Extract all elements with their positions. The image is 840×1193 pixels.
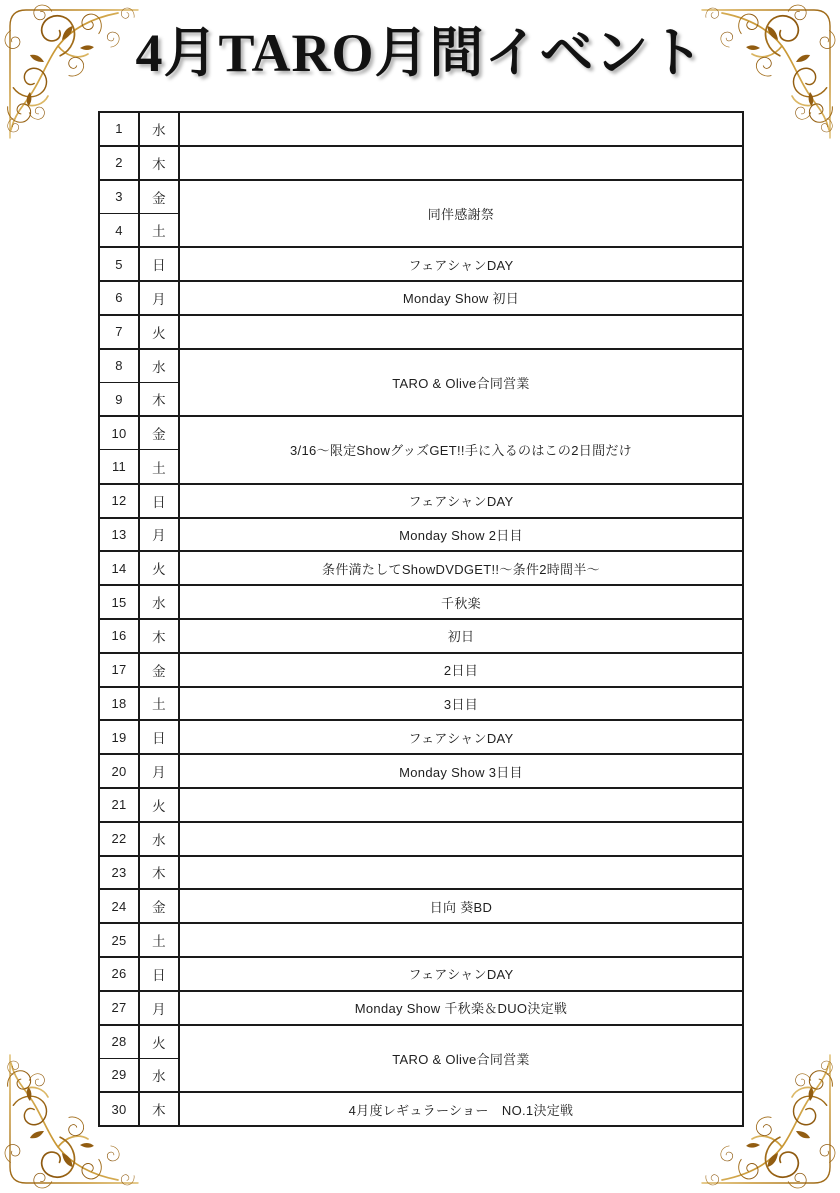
- day-cell: 水: [139, 585, 179, 619]
- day-cell: 土: [139, 687, 179, 721]
- event-cell: 同伴感謝祭: [179, 180, 743, 248]
- calendar-row: 16木初日: [99, 619, 743, 653]
- calendar-row: 25土: [99, 923, 743, 957]
- calendar-row: 15水千秋楽: [99, 585, 743, 619]
- event-cell: 条件満たしてShowDVDGET!!～条件2時間半～: [179, 551, 743, 585]
- date-cell: 26: [99, 957, 139, 991]
- calendar-row: 14火条件満たしてShowDVDGET!!～条件2時間半～: [99, 551, 743, 585]
- calendar-row: 2木: [99, 146, 743, 180]
- date-cell: 29: [99, 1058, 139, 1092]
- calendar-row: 23木: [99, 856, 743, 890]
- calendar-row: 21火: [99, 788, 743, 822]
- event-cell: Monday Show 千秋楽＆DUO決定戦: [179, 991, 743, 1025]
- event-cell: 初日: [179, 619, 743, 653]
- day-cell: 金: [139, 889, 179, 923]
- calendar-row: 3金同伴感謝祭: [99, 180, 743, 214]
- day-cell: 金: [139, 180, 179, 214]
- day-cell: 水: [139, 349, 179, 383]
- date-cell: 4: [99, 213, 139, 247]
- event-cell: フェアシャンDAY: [179, 720, 743, 754]
- day-cell: 木: [139, 619, 179, 653]
- page-title: 4月TARO月間イベント: [0, 22, 840, 84]
- calendar-row: 24金日向 葵BD: [99, 889, 743, 923]
- day-cell: 木: [139, 146, 179, 180]
- date-cell: 19: [99, 720, 139, 754]
- calendar-body: 1水2木3金同伴感謝祭4土5日フェアシャンDAY6月Monday Show 初日…: [99, 112, 743, 1126]
- event-cell: フェアシャンDAY: [179, 247, 743, 281]
- event-cell: [179, 856, 743, 890]
- date-cell: 1: [99, 112, 139, 146]
- day-cell: 火: [139, 788, 179, 822]
- date-cell: 27: [99, 991, 139, 1025]
- calendar-row: 13月Monday Show 2日目: [99, 518, 743, 552]
- calendar-row: 26日フェアシャンDAY: [99, 957, 743, 991]
- calendar-row: 20月Monday Show 3日目: [99, 754, 743, 788]
- event-cell: Monday Show 2日目: [179, 518, 743, 552]
- event-cell: 3/16～限定ShowグッズGET!!手に入るのはこの2日間だけ: [179, 416, 743, 484]
- date-cell: 20: [99, 754, 139, 788]
- day-cell: 水: [139, 1058, 179, 1092]
- event-cell: [179, 788, 743, 822]
- day-cell: 金: [139, 416, 179, 450]
- event-cell: フェアシャンDAY: [179, 957, 743, 991]
- date-cell: 18: [99, 687, 139, 721]
- calendar-row: 19日フェアシャンDAY: [99, 720, 743, 754]
- date-cell: 11: [99, 450, 139, 484]
- day-cell: 月: [139, 991, 179, 1025]
- calendar-row: 1水: [99, 112, 743, 146]
- day-cell: 日: [139, 720, 179, 754]
- calendar-row: 12日フェアシャンDAY: [99, 484, 743, 518]
- event-cell: フェアシャンDAY: [179, 484, 743, 518]
- calendar-row: 30木4月度レギュラーショー NO.1決定戦: [99, 1092, 743, 1126]
- day-cell: 月: [139, 281, 179, 315]
- date-cell: 9: [99, 382, 139, 416]
- date-cell: 8: [99, 349, 139, 383]
- event-cell: TARO & Olive合同営業: [179, 1025, 743, 1093]
- day-cell: 水: [139, 112, 179, 146]
- day-cell: 土: [139, 450, 179, 484]
- date-cell: 2: [99, 146, 139, 180]
- date-cell: 6: [99, 281, 139, 315]
- date-cell: 3: [99, 180, 139, 214]
- date-cell: 17: [99, 653, 139, 687]
- event-cell: [179, 923, 743, 957]
- date-cell: 21: [99, 788, 139, 822]
- date-cell: 10: [99, 416, 139, 450]
- calendar-row: 6月Monday Show 初日: [99, 281, 743, 315]
- date-cell: 7: [99, 315, 139, 349]
- date-cell: 16: [99, 619, 139, 653]
- day-cell: 火: [139, 1025, 179, 1059]
- day-cell: 火: [139, 315, 179, 349]
- calendar-row: 8水TARO & Olive合同営業: [99, 349, 743, 383]
- day-cell: 日: [139, 247, 179, 281]
- date-cell: 30: [99, 1092, 139, 1126]
- event-cell: [179, 315, 743, 349]
- calendar-row: 10金3/16～限定ShowグッズGET!!手に入るのはこの2日間だけ: [99, 416, 743, 450]
- event-calendar: 1水2木3金同伴感謝祭4土5日フェアシャンDAY6月Monday Show 初日…: [98, 111, 744, 1127]
- day-cell: 金: [139, 653, 179, 687]
- day-cell: 木: [139, 1092, 179, 1126]
- calendar-row: 22水: [99, 822, 743, 856]
- day-cell: 木: [139, 382, 179, 416]
- event-cell: 3日目: [179, 687, 743, 721]
- date-cell: 28: [99, 1025, 139, 1059]
- event-cell: Monday Show 3日目: [179, 754, 743, 788]
- day-cell: 火: [139, 551, 179, 585]
- calendar-row: 18土3日目: [99, 687, 743, 721]
- event-cell: [179, 112, 743, 146]
- calendar-row: 27月Monday Show 千秋楽＆DUO決定戦: [99, 991, 743, 1025]
- day-cell: 木: [139, 856, 179, 890]
- calendar-row: 28火TARO & Olive合同営業: [99, 1025, 743, 1059]
- day-cell: 土: [139, 213, 179, 247]
- event-cell: 日向 葵BD: [179, 889, 743, 923]
- date-cell: 13: [99, 518, 139, 552]
- event-cell: [179, 146, 743, 180]
- day-cell: 土: [139, 923, 179, 957]
- event-cell: [179, 822, 743, 856]
- event-cell: 2日目: [179, 653, 743, 687]
- calendar-row: 7火: [99, 315, 743, 349]
- date-cell: 24: [99, 889, 139, 923]
- day-cell: 日: [139, 484, 179, 518]
- day-cell: 水: [139, 822, 179, 856]
- date-cell: 22: [99, 822, 139, 856]
- date-cell: 23: [99, 856, 139, 890]
- day-cell: 月: [139, 754, 179, 788]
- calendar-row: 17金2日目: [99, 653, 743, 687]
- event-cell: Monday Show 初日: [179, 281, 743, 315]
- date-cell: 15: [99, 585, 139, 619]
- date-cell: 25: [99, 923, 139, 957]
- calendar-row: 5日フェアシャンDAY: [99, 247, 743, 281]
- event-cell: TARO & Olive合同営業: [179, 349, 743, 417]
- day-cell: 日: [139, 957, 179, 991]
- event-cell: 4月度レギュラーショー NO.1決定戦: [179, 1092, 743, 1126]
- event-calendar-table: 1水2木3金同伴感謝祭4土5日フェアシャンDAY6月Monday Show 初日…: [98, 111, 744, 1127]
- date-cell: 12: [99, 484, 139, 518]
- day-cell: 月: [139, 518, 179, 552]
- date-cell: 5: [99, 247, 139, 281]
- date-cell: 14: [99, 551, 139, 585]
- event-cell: 千秋楽: [179, 585, 743, 619]
